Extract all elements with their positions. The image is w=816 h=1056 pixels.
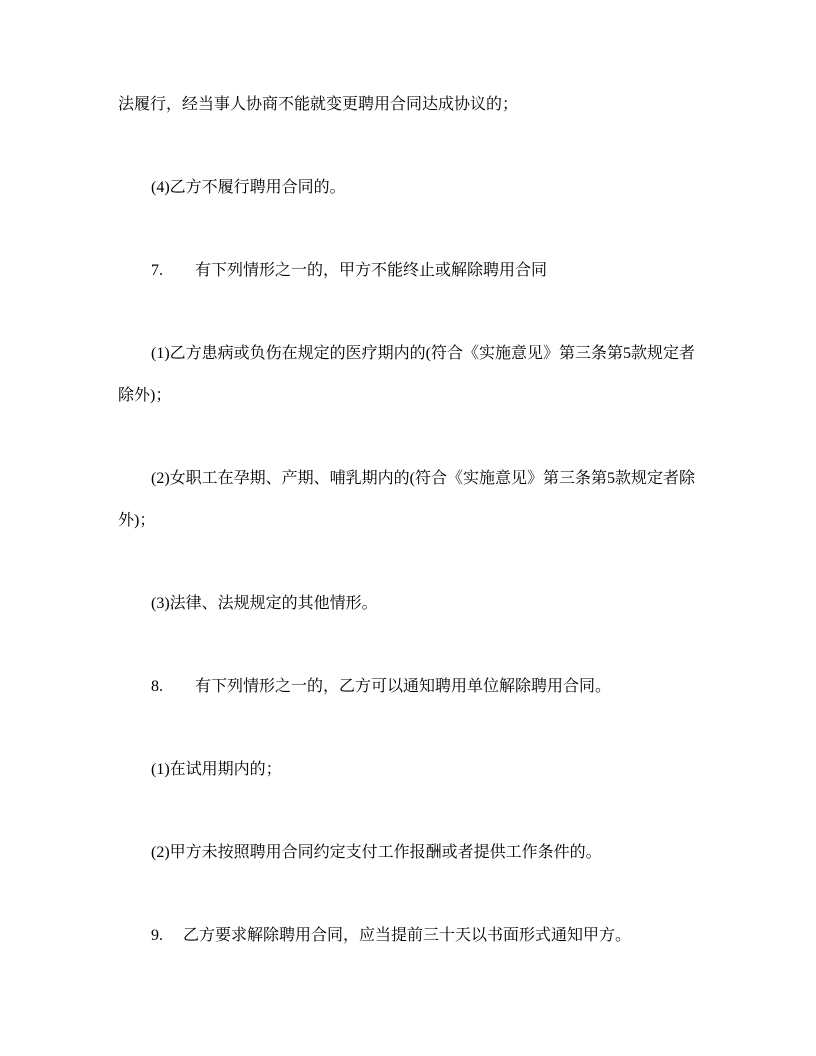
paragraph-clause-8-item-1: (1)在试用期内的； — [118, 749, 708, 791]
paragraph-clause-6-item-4: (4)乙方不履行聘用合同的。 — [118, 167, 708, 209]
paragraph-clause-9: 9. 乙方要求解除聘用合同，应当提前三十天以书面形式通知甲方。 — [118, 915, 708, 957]
paragraph-clause-6-continuation: 法履行，经当事人协商不能就变更聘用合同达成协议的； — [118, 84, 708, 126]
document-body: 法履行，经当事人协商不能就变更聘用合同达成协议的； (4)乙方不履行聘用合同的。… — [0, 0, 816, 957]
paragraph-clause-7-item-2: (2)女职工在孕期、产期、哺乳期内的(符合《实施意见》第三条第5款规定者除外)； — [118, 458, 708, 542]
paragraph-clause-8-heading: 8. 有下列情形之一的，乙方可以通知聘用单位解除聘用合同。 — [118, 666, 708, 708]
paragraph-clause-8-item-2: (2)甲方未按照聘用合同约定支付工作报酬或者提供工作条件的。 — [118, 832, 708, 874]
document-page: 法履行，经当事人协商不能就变更聘用合同达成协议的； (4)乙方不履行聘用合同的。… — [0, 0, 816, 1056]
paragraph-clause-7-heading: 7. 有下列情形之一的，甲方不能终止或解除聘用合同 — [118, 250, 708, 292]
paragraph-clause-7-item-1: (1)乙方患病或负伤在规定的医疗期内的(符合《实施意见》第三条第5款规定者除外)… — [118, 333, 708, 417]
paragraph-clause-7-item-3: (3)法律、法规规定的其他情形。 — [118, 583, 708, 625]
